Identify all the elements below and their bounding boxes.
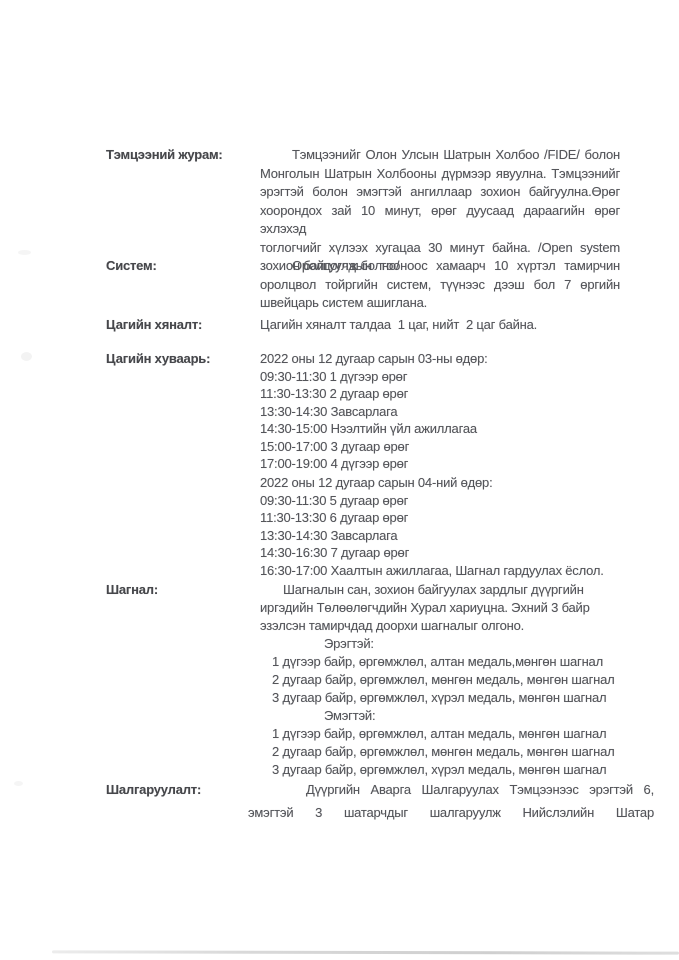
text-line: эзэлсэн тамирчдад доорхи шагналыг олгоно…	[260, 617, 620, 635]
page-bottom-edge-shadow	[52, 950, 679, 954]
text-line: 14:30-15:00 Нээлтийн үйл ажиллагаа	[260, 420, 620, 438]
section-label-shagnal: Шагнал:	[106, 581, 158, 599]
section-text-tsagiin-khuvaari-day2: 2022 оны 12 дугаар сарын 04-ний өдөр:09:…	[260, 474, 620, 579]
text-line: тоглогчийг хүлээх хугацаа 30 минут байна…	[260, 239, 620, 258]
text-line: Оролцогчдын тооноос хамаарч 10 хүртэл та…	[260, 257, 620, 276]
section-label-tsagiin-khuvaari-day1: Цагийн хуваарь:	[106, 350, 210, 368]
text-line: 3 дугаар байр, өргөмжлөл, хүрэл медаль, …	[260, 761, 620, 779]
text-line: 09:30-11:30 5 дугаар өрөг	[260, 492, 620, 510]
text-line: Монголын Шатрын Холбооны дүрмээр явуулна…	[260, 165, 620, 184]
text-line: 2022 оны 12 дугаар сарын 03-ны өдөр:	[260, 350, 620, 368]
section-label-sistem: Систем:	[106, 257, 157, 276]
text-line: Шагналын сан, зохион байгуулах зардлыг д…	[260, 581, 620, 599]
text-line: эрэгтэй болон эмэгтэй ангиллаар зохион б…	[260, 183, 620, 202]
text-line: 2 дугаар байр, өргөмжлөл, мөнгөн медаль,…	[260, 671, 620, 689]
text-line: 2 дугаар байр, өргөмжлөл, мөнгөн медаль,…	[260, 743, 620, 761]
text-line: Эрэгтэй:	[260, 635, 620, 653]
text-line: Цагийн хяналт талдаа 1 цаг, нийт 2 цаг б…	[260, 316, 620, 335]
text-line: 13:30-14:30 Завсарлага	[260, 403, 620, 421]
text-line: 1 дүгээр байр, өргөмжлөл, алтан медаль, …	[260, 725, 620, 743]
text-line: 17:00-19:00 4 дүгээр өрөг	[260, 455, 620, 473]
text-line: 16:30-17:00 Хаалтын ажиллагаа, Шагнал га…	[260, 562, 620, 580]
text-line: 2022 оны 12 дугаар сарын 04-ний өдөр:	[260, 474, 620, 492]
text-line: эмэгтэй 3 шатарчдыг шалгаруулж Нийслэлий…	[248, 802, 654, 825]
section-label-tsagiin-khyanalt: Цагийн хяналт:	[106, 316, 202, 335]
section-label-temtseenii-juram: Тэмцээний журам:	[106, 146, 223, 165]
text-line: 1 дүгээр байр, өргөмжлөл, алтан медаль,м…	[260, 653, 620, 671]
text-line: хоорондох зай 10 минут, өрөг дуусаад дар…	[260, 202, 620, 239]
text-line: 09:30-11:30 1 дүгээр өрөг	[260, 368, 620, 386]
text-line: 11:30-13:30 2 дугаар өрөг	[260, 385, 620, 403]
text-line: Дүүргийн Аварга Шалгаруулах Тэмцээнээс э…	[248, 779, 654, 802]
text-line: швейцарь систем ашиглана.	[260, 294, 620, 313]
text-line: 14:30-16:30 7 дугаар өрөг	[260, 544, 620, 562]
text-line: 3 дугаар байр, өргөмжлөл, хүрэл медаль, …	[260, 689, 620, 707]
text-line: 15:00-17:00 3 дугаар өрөг	[260, 438, 620, 456]
text-line: Тэмцээнийг Олон Улсын Шатрын Холбоо /FID…	[260, 146, 620, 165]
text-line: 13:30-14:30 Завсарлага	[260, 527, 620, 545]
scan-smudge	[18, 250, 31, 255]
section-text-tsagiin-khyanalt: Цагийн хяналт талдаа 1 цаг, нийт 2 цаг б…	[260, 316, 620, 335]
text-line: 11:30-13:30 6 дугаар өрөг	[260, 509, 620, 527]
text-line: Эмэгтэй:	[260, 707, 620, 725]
section-text-shalgaruulalt: Дүүргийн Аварга Шалгаруулах Тэмцээнээс э…	[248, 779, 654, 824]
text-line: оролцвол тойргийн систем, түүнээс дээш б…	[260, 276, 620, 295]
scan-smudge	[21, 352, 32, 361]
section-text-tsagiin-khuvaari-day1: 2022 оны 12 дугаар сарын 03-ны өдөр:09:3…	[260, 350, 620, 473]
text-line: иргэдийн Төлөөлөгчдийн Хурал хариуцна. Э…	[260, 599, 620, 617]
scanned-document-page: Тэмцээний журам:Тэмцээнийг Олон Улсын Ша…	[0, 0, 679, 960]
section-label-shalgaruulalt: Шалгаруулалт:	[106, 779, 201, 802]
section-text-shagnal: Шагналын сан, зохион байгуулах зардлыг д…	[260, 581, 620, 779]
section-text-sistem: Оролцогчдын тооноос хамаарч 10 хүртэл та…	[260, 257, 620, 313]
scan-smudge	[14, 781, 23, 786]
